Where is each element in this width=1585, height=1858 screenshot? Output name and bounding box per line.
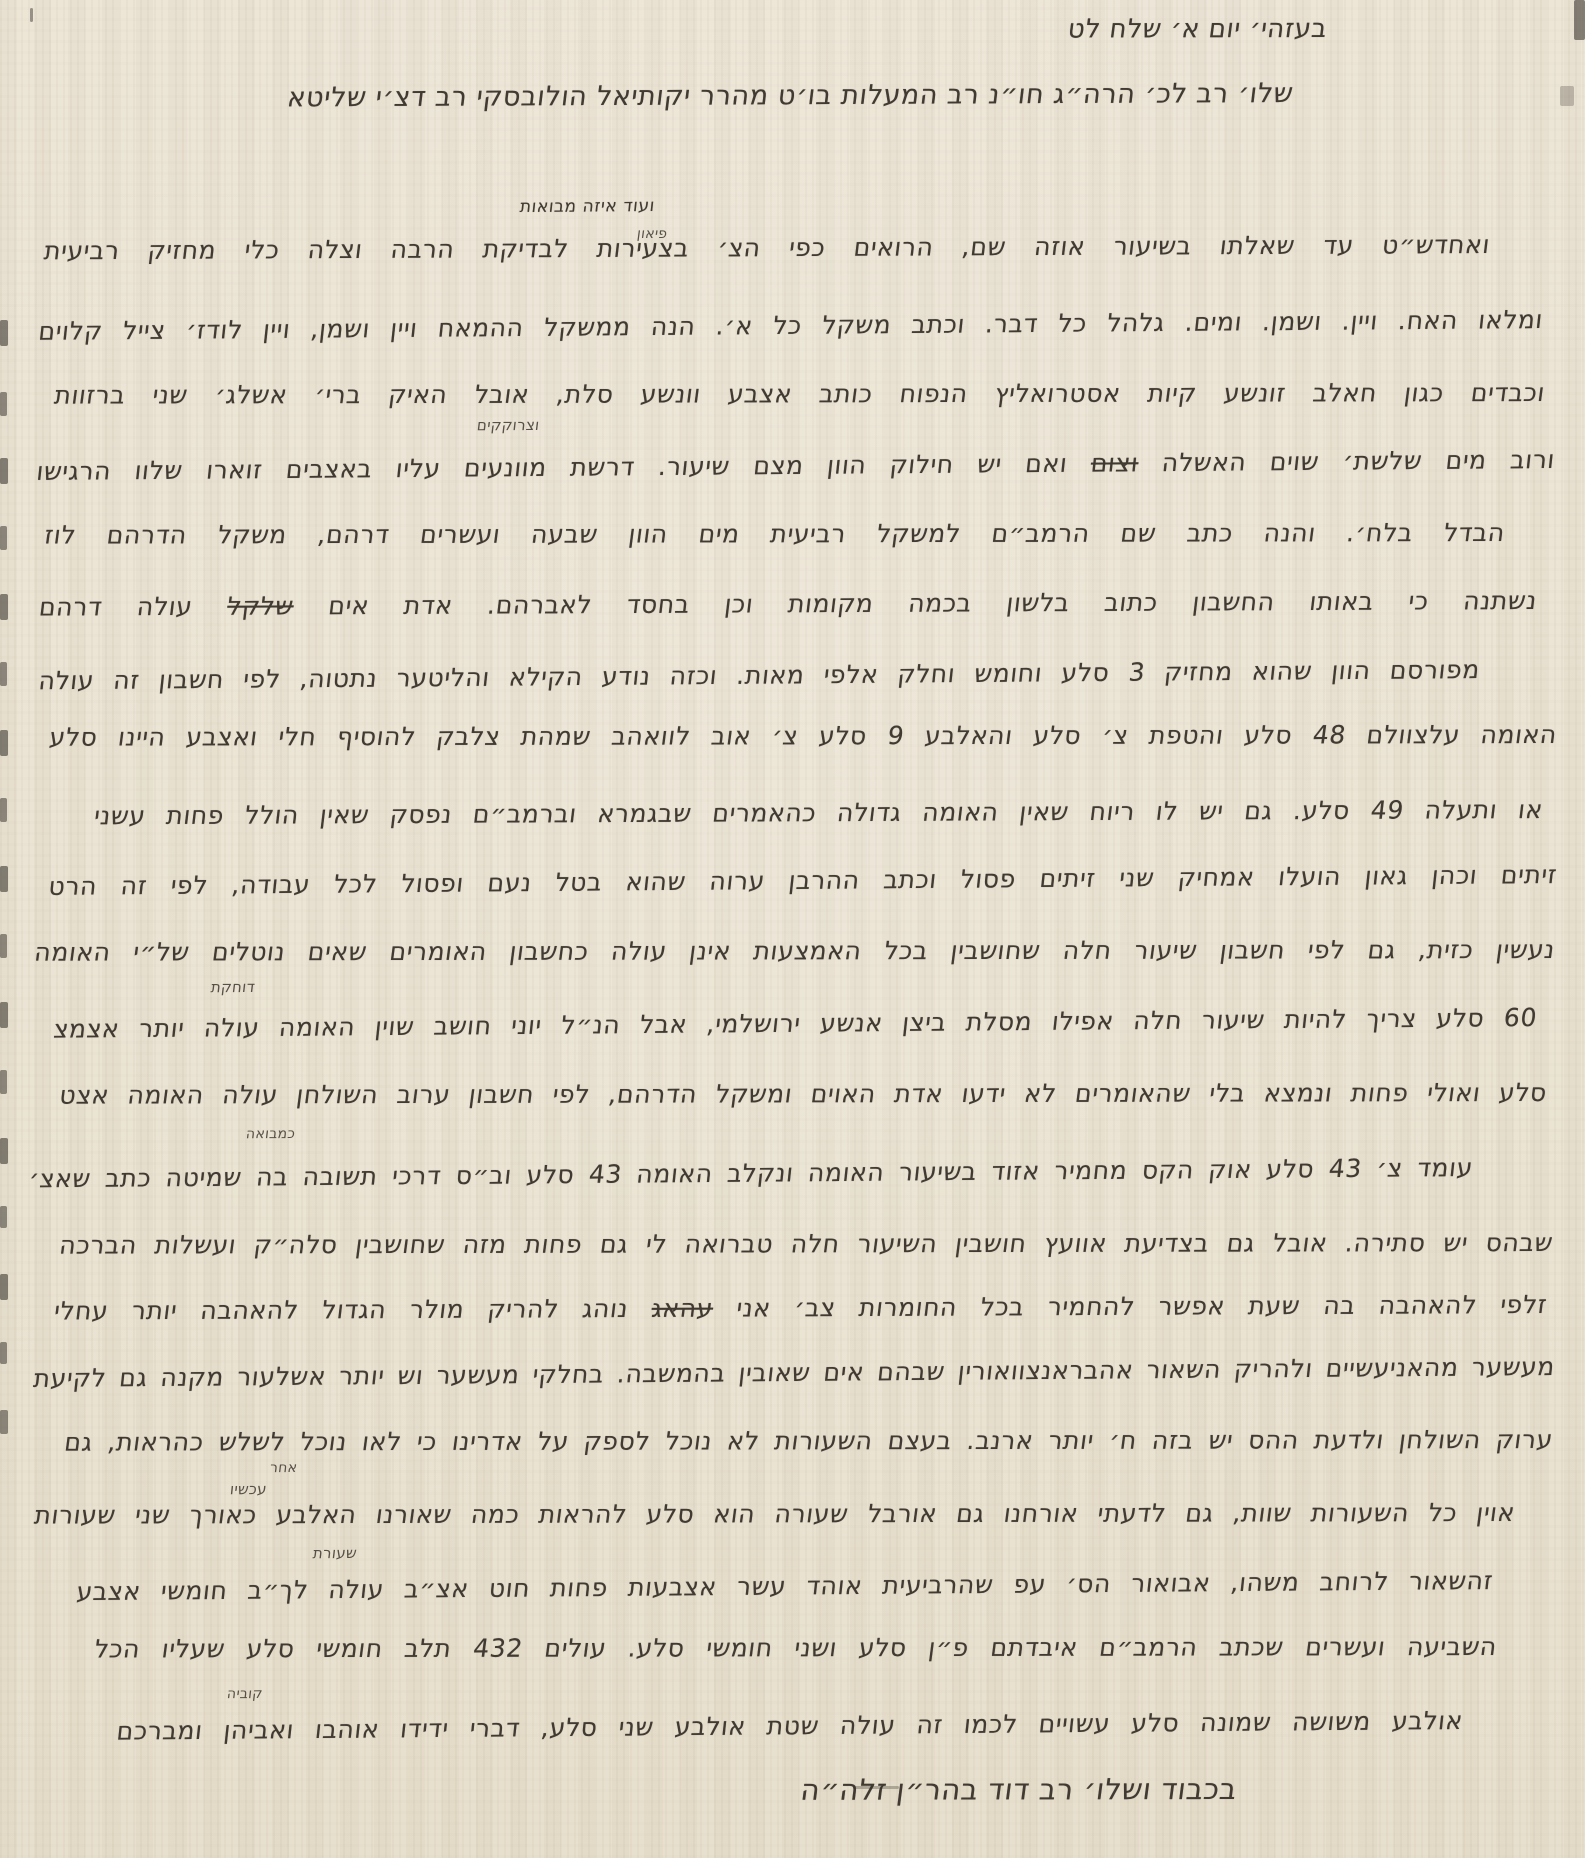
inserted-word: כמבואה — [245, 1126, 296, 1142]
body-line: עומד צ׳ 43 סלע אוק הקס מחמיר אזוד בשיעור… — [27, 1153, 1474, 1193]
body-line: מעשער מהאניעשיים ולהריק השאור אהבראנצווא… — [32, 1352, 1556, 1393]
edge-mark — [0, 392, 7, 416]
body-line: וכבדים כגון חאלב זונשע קיות אסטרואליץ הנ… — [53, 378, 1547, 410]
edge-mark — [0, 730, 8, 756]
edge-mark — [30, 8, 33, 22]
section-heading: ועוד איזה מבואות — [519, 196, 656, 217]
edge-mark — [0, 526, 7, 550]
inserted-word: שעורת — [312, 1544, 358, 1562]
edge-mark — [0, 1342, 7, 1364]
body-line: 60 סלע צריך להיות שיעור חלה אפילו מסלת ב… — [52, 1003, 1538, 1044]
edge-mark — [853, 1786, 899, 1789]
body-line: אוין כל השעורות שוות, גם לדעתי אורחנו גם… — [33, 1498, 1517, 1530]
body-line: נעשין כזית, גם לפי חשבון שיעור חלה שחושב… — [33, 935, 1557, 967]
body-line: זלפי להאהבה בה שעת אפשר להחמיר בכל החומר… — [52, 1290, 1548, 1326]
dateline: בעזהי׳ יום א׳ שלח לט — [1066, 14, 1329, 44]
body-line: ערוק השולחן ולדעת ההס יש בזה ח׳ יותר ארנ… — [63, 1425, 1555, 1457]
struck-word: שלקל — [226, 591, 296, 620]
inserted-word: קוביה — [226, 1686, 264, 1702]
edge-mark — [0, 1002, 8, 1028]
body-line: אולבע משושה שמונה סלע עשויים לכמו זה עול… — [115, 1706, 1464, 1746]
edge-mark — [0, 594, 8, 620]
edge-mark — [0, 866, 8, 892]
edge-mark — [0, 934, 7, 958]
body-line: ורוב מים שלשת׳ שוים האשלה וצום ואם יש חי… — [35, 445, 1556, 486]
inserted-word: דוחקת — [210, 978, 256, 996]
edge-mark — [0, 1410, 8, 1434]
edge-mark — [0, 1138, 8, 1164]
body-line: ומלאו האח. ויין. ושמן. ומים. גלהל כל דבר… — [37, 305, 1544, 346]
salutation-line: שלו׳ רב לכ׳ הרה״ג חו״נ רב המעלות בו׳ט מה… — [285, 78, 1295, 113]
body-line: זהשאור לרוחב משהו, אבואור הס׳ עפ שהרביעי… — [75, 1566, 1494, 1606]
inserted-word: עכשיו — [229, 1480, 268, 1498]
letter-page: בעזהי׳ יום א׳ שלח לטשלו׳ רב לכ׳ הרה״ג חו… — [0, 0, 1585, 1858]
body-line: זיתים וכהן גאון הועלו אמחיק שני זיתים פס… — [47, 860, 1558, 901]
edge-mark — [1574, 0, 1585, 40]
body-line: השביעה ועשרים שכתב הרמב״ם איבדתם פ״ן סלע… — [93, 1632, 1499, 1663]
edge-mark — [0, 458, 8, 484]
edge-mark — [0, 1206, 7, 1228]
body-line: נשתנה כי באותו החשבון כתוב בלשון בכמה מק… — [37, 586, 1538, 622]
body-line: הבדל בלח׳. והנה כתב שם הרמב״ם למשקל רביע… — [43, 518, 1507, 550]
edge-mark — [0, 320, 8, 346]
body-line: האומה עלצוולם 48 סלע והטפת צ׳ סלע והאלבע… — [48, 720, 1559, 752]
letter-lines: בעזהי׳ יום א׳ שלח לטשלו׳ רב לכ׳ הרה״ג חו… — [0, 0, 1585, 1858]
edge-mark — [0, 798, 7, 822]
inserted-word: אחר — [269, 1460, 298, 1476]
edge-mark — [1560, 86, 1574, 106]
struck-word: עהאג — [650, 1294, 715, 1323]
edge-mark — [0, 1070, 7, 1094]
body-line: ואחדש״ט עד שאלתו בשיעור אוזה שם, הרואים … — [43, 230, 1492, 265]
inserted-word: וצרוקקים — [476, 416, 541, 434]
signature-line: בכבוד ושלו׳ רב דוד בהר״ן זלה״ה — [799, 1772, 1240, 1807]
body-line: מפורסם הוון שהוא מחזיק 3 סלע וחומש וחלק … — [37, 655, 1481, 695]
struck-word: וצום — [1089, 448, 1140, 477]
body-line: סלע ואולי פחות ונמצא בלי שהאומרים לא ידע… — [58, 1078, 1549, 1110]
edge-mark — [0, 1274, 8, 1300]
body-line: שבהס יש סתירה. אובל גם בצדיעת אוועץ חושב… — [58, 1228, 1555, 1260]
edge-mark — [0, 662, 7, 686]
body-line: או ותעלה 49 סלע. גם יש לו ריוח שאין האומ… — [93, 795, 1545, 830]
